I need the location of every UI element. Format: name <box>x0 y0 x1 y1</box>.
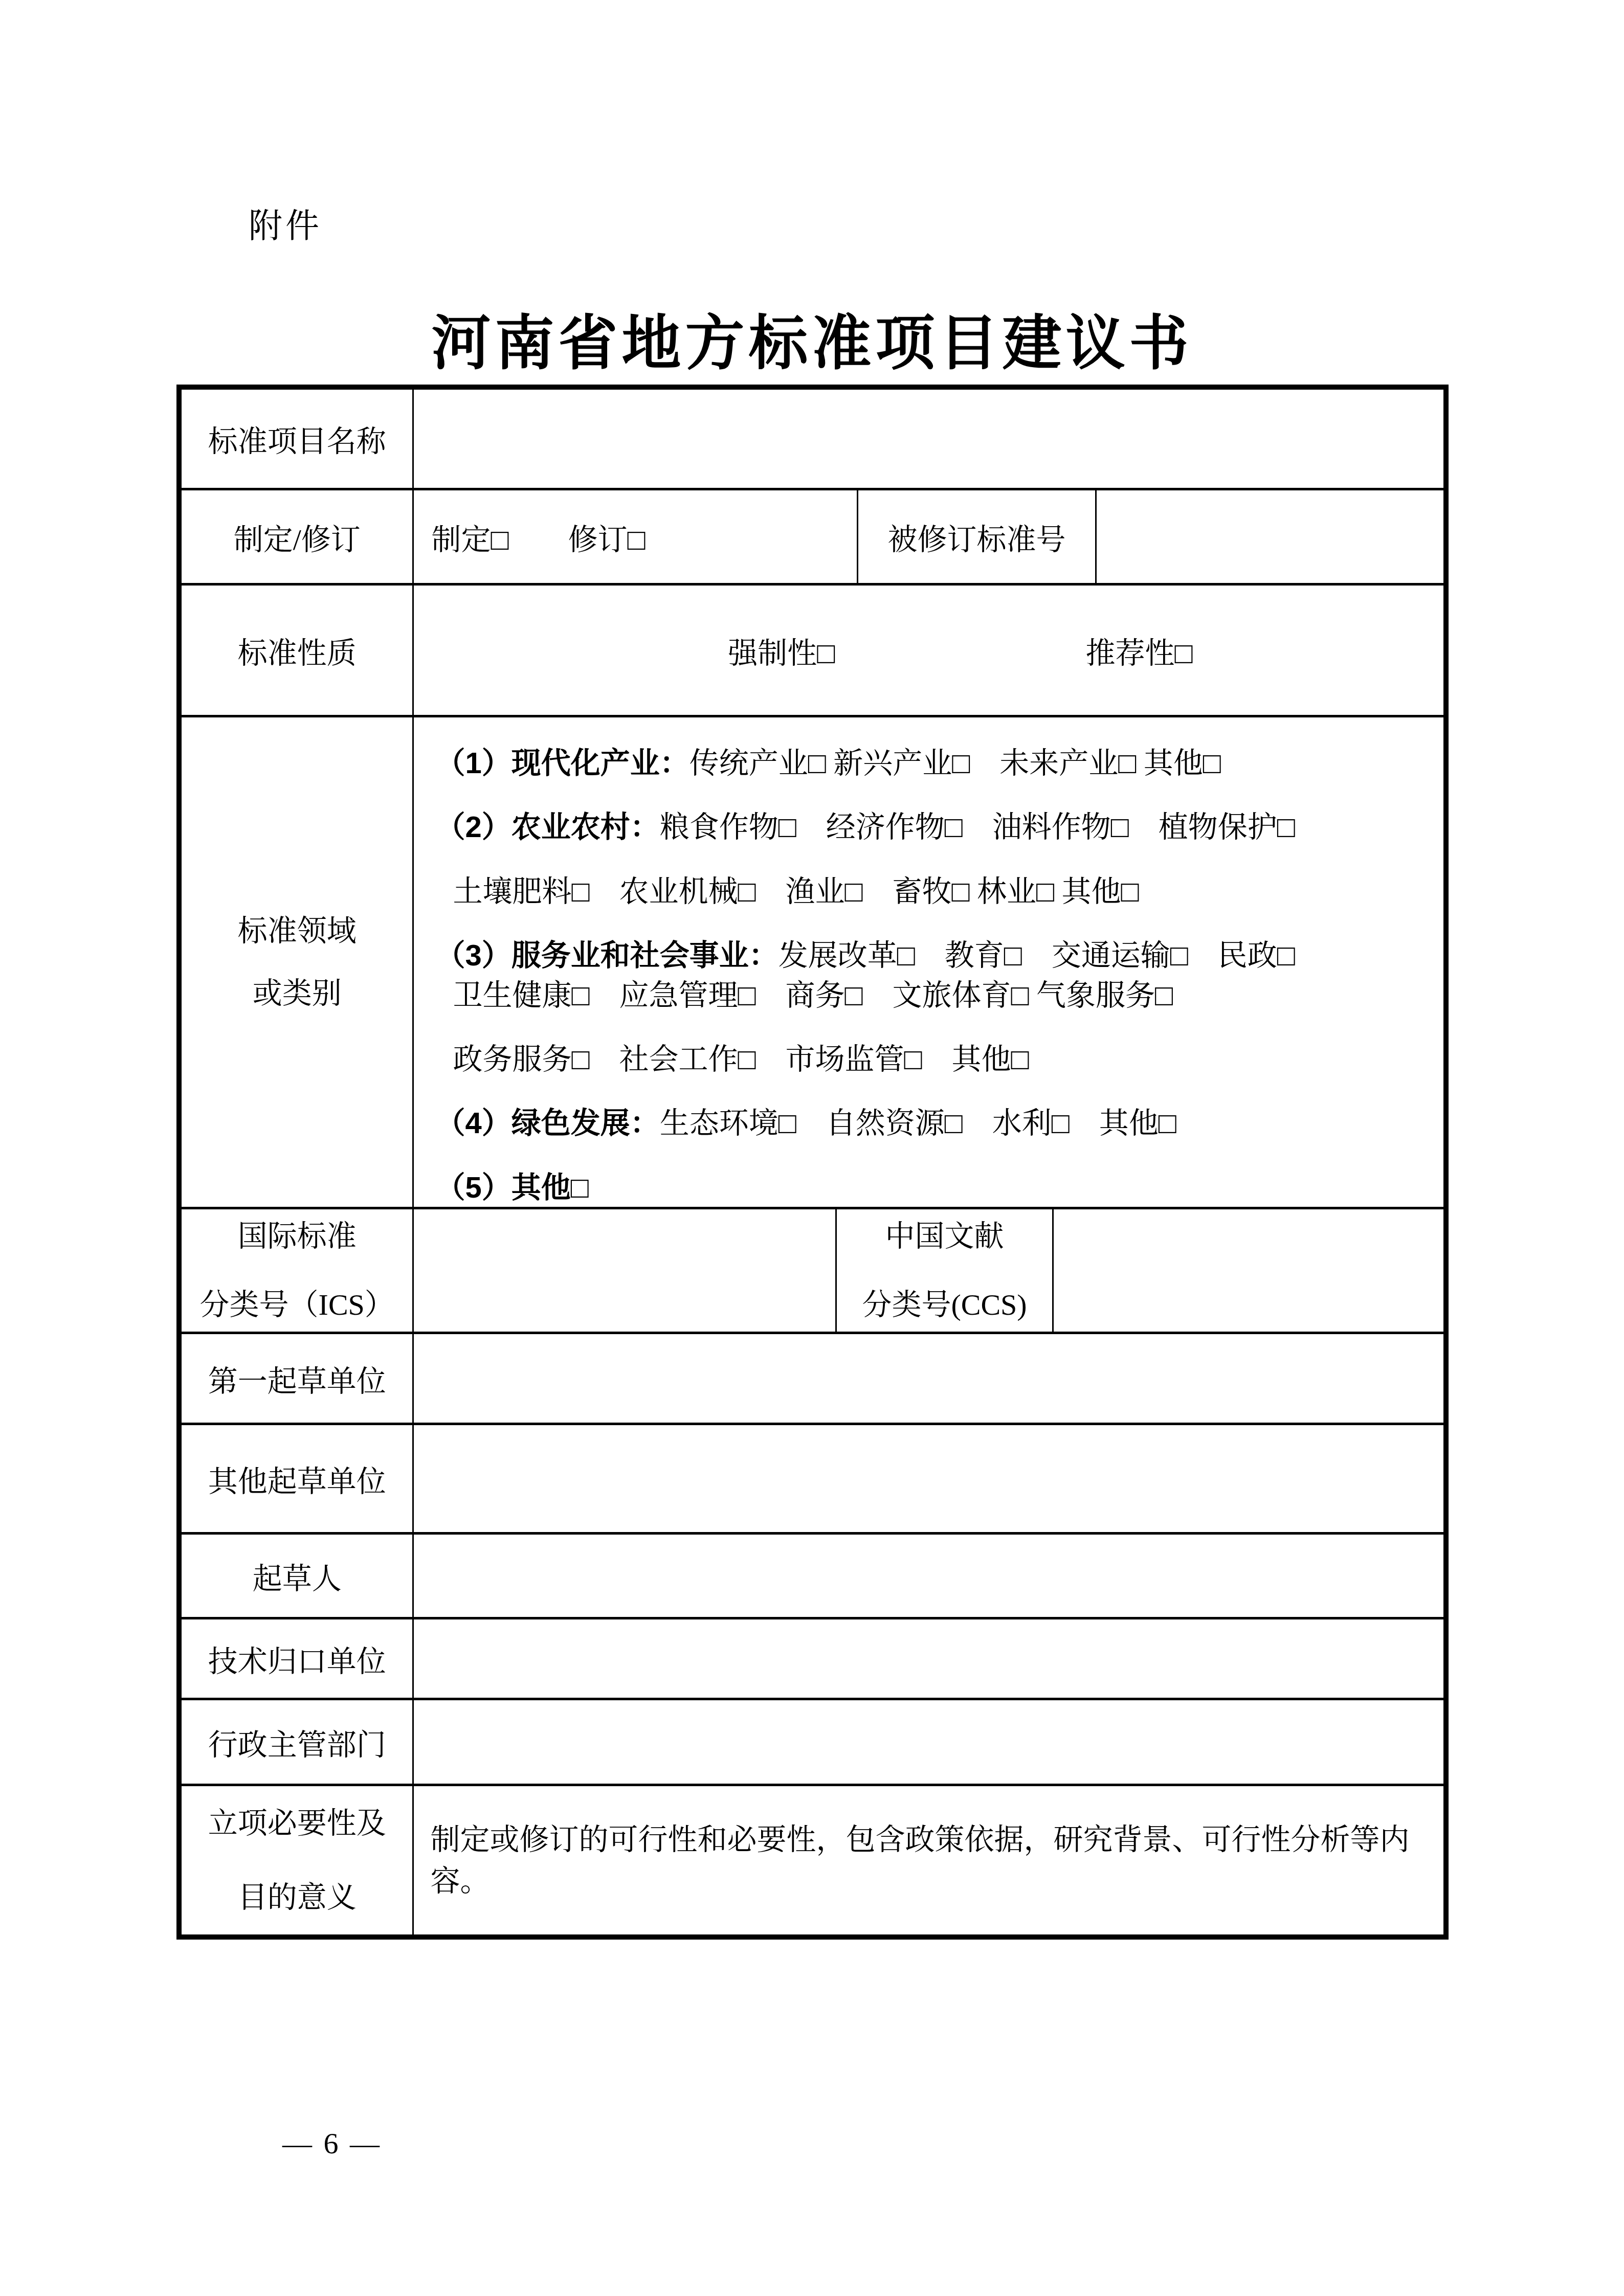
attachment-label: 附件 <box>249 198 322 247</box>
mandatory-checkbox-option[interactable]: 强制性□ <box>728 629 835 672</box>
category-options-text: 土壤肥料□ 农业机械□ 渔业□ 畜牧□ 林业□ 其他□ <box>453 875 1139 908</box>
standard-domain-label: 标准领域 或类别 <box>182 717 412 1207</box>
other-draft-units-label: 其他起草单位 <box>182 1425 412 1532</box>
develop-revise-label: 制定/修订 <box>182 490 412 583</box>
row-ics-ccs: 国际标准 分类号（ICS） 中国文献 分类号(CCS) <box>182 1207 1443 1332</box>
develop-revise-checkboxes[interactable]: 制定□ 修订□ <box>412 490 856 583</box>
row-develop-revise: 制定/修订 制定□ 修订□ 被修订标准号 <box>182 488 1443 583</box>
category-options-text: 发展改革□ 教育□ 交通运输□ 民政□ <box>778 939 1295 972</box>
proposal-form-table: 标准项目名称 制定/修订 制定□ 修订□ 被修订标准号 标准性质 强制性□ 推荐… <box>176 385 1449 1940</box>
row-necessity-purpose: 立项必要性及 目的意义 制定或修订的可行性和必要性，包含政策依据，研究背景、可行… <box>182 1784 1443 1934</box>
category-heading: （5）其他 <box>435 1171 570 1204</box>
revised-standard-no-label: 被修订标准号 <box>857 490 1095 583</box>
necessity-purpose-field[interactable]: 制定或修订的可行性和必要性，包含政策依据，研究背景、可行性分析等内容。 <box>412 1786 1443 1934</box>
category-heading: （4）绿色发展： <box>435 1107 659 1140</box>
technical-unit-label: 技术归口单位 <box>182 1619 412 1698</box>
category-options-text: 卫生健康□ 应急管理□ 商务□ 文旅体育□ 气象服务□ <box>453 979 1173 1012</box>
ics-label: 国际标准 分类号（ICS） <box>182 1209 412 1332</box>
category-line: （2）农业农村：粮食作物□ 经济作物□ 油料作物□ 植物保护□ <box>435 808 1428 846</box>
standard-nature-checkboxes[interactable]: 强制性□ 推荐性□ <box>412 586 1443 715</box>
row-project-name: 标准项目名称 <box>182 390 1443 488</box>
domain-options[interactable]: （1）现代化产业：传统产业□ 新兴产业□ 未来产业□ 其他□（2）农业农村：粮食… <box>412 717 1443 1207</box>
category-line: 政务服务□ 社会工作□ 市场监管□ 其他□ <box>435 1040 1428 1078</box>
other-draft-units-field[interactable] <box>412 1425 1443 1532</box>
ics-field[interactable] <box>412 1209 835 1332</box>
technical-unit-field[interactable] <box>412 1619 1443 1698</box>
category-heading: （2）农业农村： <box>435 811 659 844</box>
standard-nature-label: 标准性质 <box>182 586 412 715</box>
row-drafters: 起草人 <box>182 1532 1443 1617</box>
admin-department-label: 行政主管部门 <box>182 1700 412 1784</box>
page-number: — 6 — <box>282 2126 382 2160</box>
category-line: （5）其他□ <box>435 1168 1428 1207</box>
category-options-text: 生态环境□ 自然资源□ 水利□ 其他□ <box>660 1107 1176 1140</box>
drafters-field[interactable] <box>412 1535 1443 1617</box>
category-heading: （3）服务业和社会事业： <box>435 939 778 972</box>
category-line: 卫生健康□ 应急管理□ 商务□ 文旅体育□ 气象服务□ <box>435 976 1428 1015</box>
row-technical-unit: 技术归口单位 <box>182 1617 1443 1698</box>
document-page: 附件 河南省地方标准项目建议书 标准项目名称 制定/修订 制定□ 修订□ 被修订… <box>0 0 1624 2296</box>
category-line: 土壤肥料□ 农业机械□ 渔业□ 畜牧□ 林业□ 其他□ <box>435 872 1428 911</box>
necessity-purpose-label: 立项必要性及 目的意义 <box>182 1786 412 1934</box>
category-line: （3）服务业和社会事业：发展改革□ 教育□ 交通运输□ 民政□ <box>435 936 1428 975</box>
drafters-label: 起草人 <box>182 1535 412 1617</box>
category-options-text: □ <box>571 1171 589 1204</box>
admin-department-field[interactable] <box>412 1700 1443 1784</box>
category-options-text: 粮食作物□ 经济作物□ 油料作物□ 植物保护□ <box>660 811 1295 844</box>
category-options-text: 政务服务□ 社会工作□ 市场监管□ 其他□ <box>453 1043 1029 1076</box>
category-line: （1）现代化产业：传统产业□ 新兴产业□ 未来产业□ 其他□ <box>435 744 1428 782</box>
project-name-label: 标准项目名称 <box>182 390 412 488</box>
page-title: 河南省地方标准项目建议书 <box>0 296 1624 381</box>
recommended-checkbox-option[interactable]: 推荐性□ <box>1086 629 1193 672</box>
category-line: （4）绿色发展：生态环境□ 自然资源□ 水利□ 其他□ <box>435 1104 1428 1142</box>
row-other-draft-units: 其他起草单位 <box>182 1423 1443 1532</box>
ccs-field[interactable] <box>1052 1209 1443 1332</box>
row-standard-domain: 标准领域 或类别 （1）现代化产业：传统产业□ 新兴产业□ 未来产业□ 其他□（… <box>182 715 1443 1207</box>
category-heading: （1）现代化产业： <box>435 747 689 780</box>
project-name-field[interactable] <box>412 390 1443 488</box>
first-draft-unit-label: 第一起草单位 <box>182 1334 412 1423</box>
row-first-draft-unit: 第一起草单位 <box>182 1332 1443 1423</box>
first-draft-unit-field[interactable] <box>412 1334 1443 1423</box>
ccs-label: 中国文献 分类号(CCS) <box>835 1209 1052 1332</box>
row-admin-department: 行政主管部门 <box>182 1698 1443 1784</box>
revised-standard-no-field[interactable] <box>1095 490 1443 583</box>
row-standard-nature: 标准性质 强制性□ 推荐性□ <box>182 583 1443 715</box>
category-options-text: 传统产业□ 新兴产业□ 未来产业□ 其他□ <box>689 747 1221 780</box>
